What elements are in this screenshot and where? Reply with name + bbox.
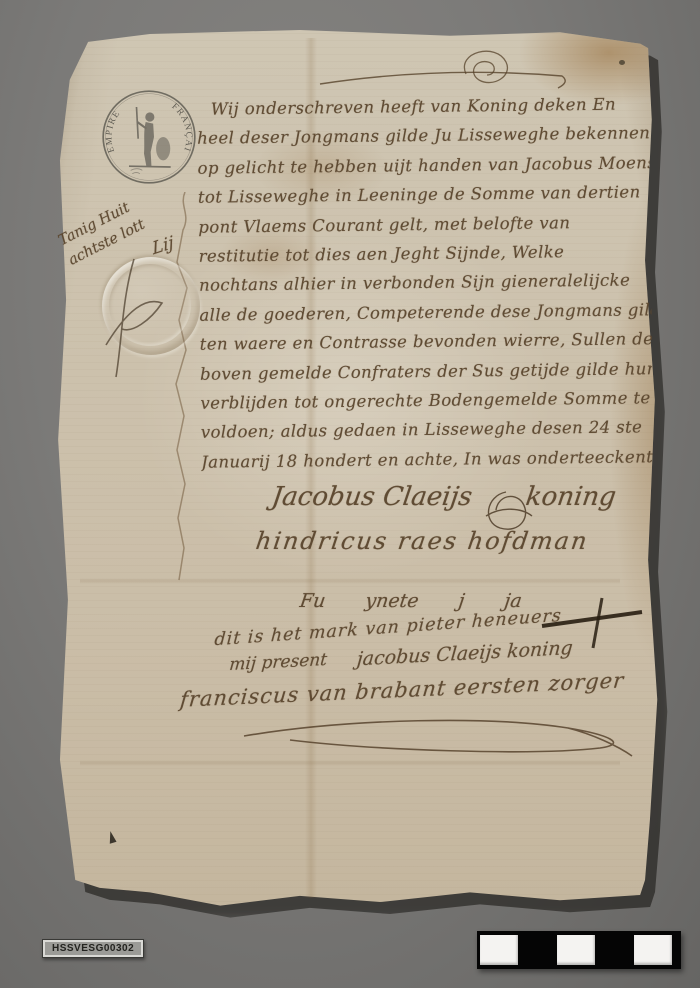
- signature-line-hofdman: hindricus raes hofdman: [254, 527, 590, 555]
- accession-label: HSSVESG00302: [42, 939, 144, 958]
- photo-background: EMPIRE FRANÇAIS Tanig Huit achtste lott …: [0, 0, 700, 988]
- attestation-line: Fu ynete j ja: [298, 590, 523, 612]
- scale-square-black: [518, 935, 556, 965]
- horizontal-fold-crease: [80, 760, 620, 766]
- empire-francais-stamp-icon: EMPIRE FRANÇAIS: [99, 87, 199, 187]
- scale-bar: [477, 931, 681, 969]
- stamp-figure-icon: [129, 107, 171, 174]
- svg-text:EMPIRE: EMPIRE: [103, 108, 122, 154]
- calligraphic-underline: [232, 708, 642, 760]
- manuscript-line: Januarij 18 hondert en achte, In was ond…: [201, 442, 653, 477]
- signature-name: Jacobus Claeijs: [270, 482, 474, 512]
- scale-square-white: [480, 935, 518, 965]
- signature-role: koning: [524, 482, 618, 512]
- manuscript-line: tot Lisseweghe in Leeninge de Somme van …: [198, 177, 650, 212]
- stamp-arc-text-left: EMPIRE: [103, 108, 122, 154]
- signature-line-koning: Jacobus Claeijs koning: [270, 482, 634, 512]
- scale-square-white: [634, 935, 672, 965]
- ink-spot: [619, 60, 625, 65]
- horizontal-fold-crease: [80, 578, 620, 584]
- manuscript-body: Wij onderschreven heeft van Koning deken…: [197, 89, 654, 477]
- scale-square-white: [557, 935, 595, 965]
- scale-square-black: [595, 935, 633, 965]
